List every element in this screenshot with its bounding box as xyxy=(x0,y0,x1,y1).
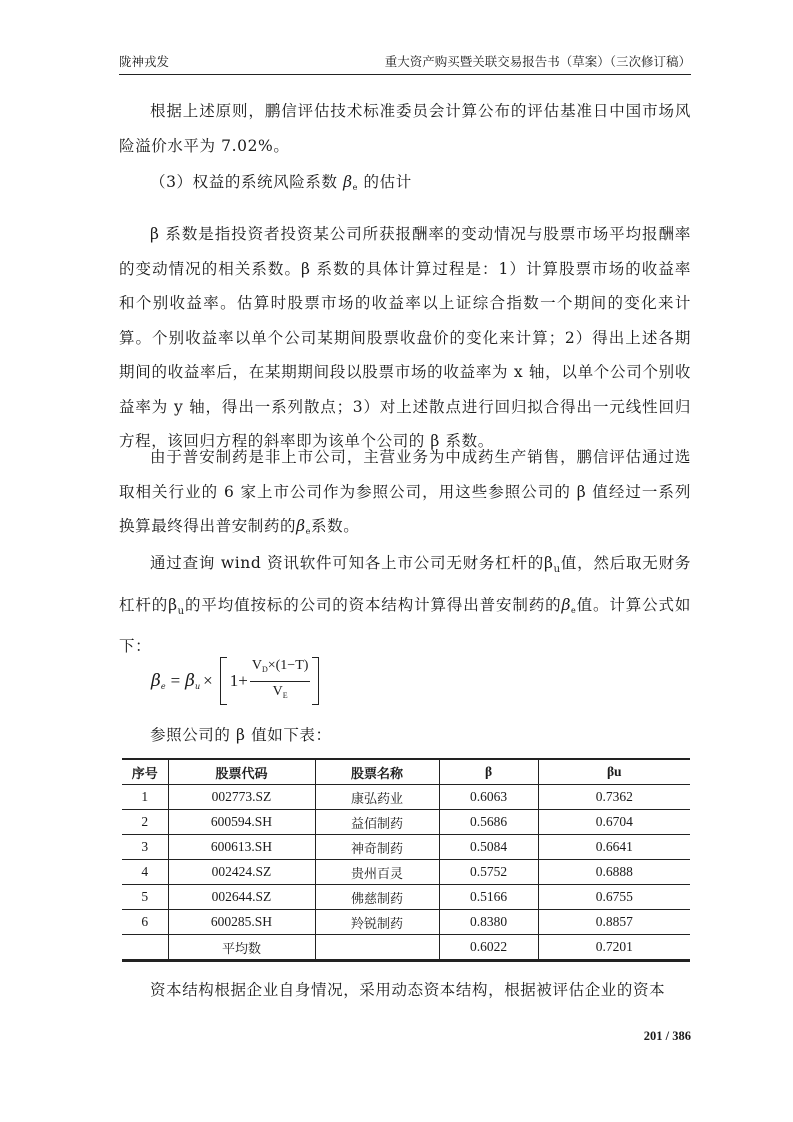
page-number: 201 / 386 xyxy=(644,1029,691,1044)
document-title: 重大资产购买暨关联交易报告书（草案）（三次修订稿） xyxy=(385,52,691,72)
table-row: 1 002773.SZ 康弘药业 0.6063 0.7362 xyxy=(122,785,690,810)
formula-lhs: βe xyxy=(151,671,166,691)
cell-beta-u-average: 0.7201 xyxy=(538,935,690,961)
paragraph-text: 通过查询 wind 资讯软件可知各上市公司无财务杠杆的β xyxy=(150,554,554,572)
paragraph-capital-structure: 资本结构根据企业自身情况，采用动态资本结构，根据被评估企业的资本 xyxy=(119,973,691,1008)
table-header-row: 序号 股票代码 股票名称 β βu xyxy=(122,759,690,785)
cell-index: 1 xyxy=(122,785,168,810)
cell-beta: 0.6063 xyxy=(439,785,538,810)
formula-beta-u: βu xyxy=(185,671,200,691)
beta-symbol: β xyxy=(296,517,306,535)
cell-index: 5 xyxy=(122,885,168,910)
cell-beta-u: 0.6641 xyxy=(538,835,690,860)
table-intro: 参照公司的 β 值如下表： xyxy=(119,718,691,753)
cell-index: 3 xyxy=(122,835,168,860)
cell-index xyxy=(122,935,168,961)
cell-beta: 0.8380 xyxy=(439,910,538,935)
cell-beta-average: 0.6022 xyxy=(439,935,538,961)
beta-e-symbol: βe xyxy=(296,517,311,535)
v-symbol: V xyxy=(252,658,262,673)
paragraph-text: β 系数是指投资者投资某公司所获报酬率的变动情况与股票市场平均报酬率的变动情况的… xyxy=(119,225,691,450)
paragraph-reference-companies: 由于普安制药是非上市公司，主营业务为中成药生产销售，鹏信评估通过选取相关行业的 … xyxy=(119,440,691,550)
paragraph-beta-definition: β 系数是指投资者投资某公司所获报酬率的变动情况与股票市场平均报酬率的变动情况的… xyxy=(119,217,691,459)
reference-company-beta-table: 序号 股票代码 股票名称 β βu 1 002773.SZ 康弘药业 0.606… xyxy=(122,758,690,962)
cell-stock-code: 002424.SZ xyxy=(168,860,315,885)
table-row-average: 平均数 0.6022 0.7201 xyxy=(122,935,690,961)
cell-stock-name: 神奇制药 xyxy=(315,835,439,860)
cell-stock-name xyxy=(315,935,439,961)
beta-symbol: β xyxy=(151,671,161,691)
subscript-e: E xyxy=(283,691,288,700)
v-symbol: V xyxy=(273,684,283,699)
header-beta-u: βu xyxy=(538,759,690,785)
cell-stock-code: 600285.SH xyxy=(168,910,315,935)
header-index: 序号 xyxy=(122,759,168,785)
fraction-numerator: VD×(1−T) xyxy=(250,656,311,682)
cell-stock-name: 羚锐制药 xyxy=(315,910,439,935)
beta-symbol: β xyxy=(561,596,571,614)
beta-u-subscript: u xyxy=(554,564,561,575)
cell-beta-u: 0.6704 xyxy=(538,810,690,835)
formula-fraction: VD×(1−T) VE xyxy=(250,656,311,706)
cell-stock-code: 600594.SH xyxy=(168,810,315,835)
cell-beta: 0.5166 xyxy=(439,885,538,910)
cell-average-label: 平均数 xyxy=(168,935,315,961)
paragraph-text: 资本结构根据企业自身情况，采用动态资本结构，根据被评估企业的资本 xyxy=(150,981,665,999)
table-intro-text: 参照公司的 β 值如下表： xyxy=(150,726,332,744)
cell-stock-code: 600613.SH xyxy=(168,835,315,860)
cell-beta: 0.5686 xyxy=(439,810,538,835)
cell-index: 6 xyxy=(122,910,168,935)
beta-symbol: β xyxy=(343,173,353,191)
header-stock-code: 股票代码 xyxy=(168,759,315,785)
right-bracket xyxy=(312,657,319,705)
numerator-rest: ×(1−T) xyxy=(268,658,309,673)
paragraph-text: 根据上述原则，鹏信评估技术标准委员会计算公布的评估基准日中国市场风险溢价水平为 … xyxy=(119,102,691,155)
company-name: 陇神戎发 xyxy=(119,52,169,72)
paragraph-market-risk-premium: 根据上述原则，鹏信评估技术标准委员会计算公布的评估基准日中国市场风险溢价水平为 … xyxy=(119,94,691,163)
section-title-suffix: 的估计 xyxy=(364,173,412,191)
subscript-e: e xyxy=(161,682,166,691)
paragraph-text: 由于普安制药是非上市公司，主营业务为中成药生产销售，鹏信评估通过选取相关行业的 … xyxy=(119,448,691,535)
paragraph-text: 的平均值按标的公司的资本结构计算得出普安制药的 xyxy=(185,596,562,614)
cell-beta: 0.5752 xyxy=(439,860,538,885)
beta-e-symbol: βe xyxy=(561,596,576,614)
subscript-u: u xyxy=(195,682,200,691)
cell-index: 4 xyxy=(122,860,168,885)
cell-beta: 0.5084 xyxy=(439,835,538,860)
cell-beta-u: 0.6755 xyxy=(538,885,690,910)
cell-stock-code: 002644.SZ xyxy=(168,885,315,910)
paragraph-text-suffix: 系数。 xyxy=(311,517,359,535)
left-bracket xyxy=(220,657,227,705)
section-title-text: （3）权益的系统风险系数 xyxy=(150,173,338,191)
beta-symbol: β xyxy=(185,671,195,691)
cell-stock-name: 康弘药业 xyxy=(315,785,439,810)
beta-subscript: e xyxy=(353,183,358,192)
cell-index: 2 xyxy=(122,810,168,835)
cell-stock-name: 贵州百灵 xyxy=(315,860,439,885)
table-row: 6 600285.SH 羚锐制药 0.8380 0.8857 xyxy=(122,910,690,935)
header-beta: β xyxy=(439,759,538,785)
page-header: 陇神戎发 重大资产购买暨关联交易报告书（草案）（三次修订稿） xyxy=(119,52,691,75)
header-stock-name: 股票名称 xyxy=(315,759,439,785)
cell-stock-name: 益佰制药 xyxy=(315,810,439,835)
table-row: 5 002644.SZ 佛慈制药 0.5166 0.6755 xyxy=(122,885,690,910)
section-title-beta-estimate: （3）权益的系统风险系数 βe 的估计 xyxy=(119,165,691,206)
table-row: 4 002424.SZ 贵州百灵 0.5752 0.6888 xyxy=(122,860,690,885)
times-sign: × xyxy=(203,671,213,691)
cell-stock-name: 佛慈制药 xyxy=(315,885,439,910)
equals-sign: = xyxy=(171,671,181,691)
paragraph-wind-query: 通过查询 wind 资讯软件可知各上市公司无财务杠杆的βu值，然后取无财务杠杆的… xyxy=(119,546,691,664)
fraction-denominator: VE xyxy=(273,682,288,706)
cell-beta-u: 0.6888 xyxy=(538,860,690,885)
cell-stock-code: 002773.SZ xyxy=(168,785,315,810)
cell-beta-u: 0.7362 xyxy=(538,785,690,810)
table-row: 2 600594.SH 益佰制药 0.5686 0.6704 xyxy=(122,810,690,835)
beta-formula: βe = βu × 1+ VD×(1−T) VE xyxy=(151,655,319,707)
table-row: 3 600613.SH 神奇制药 0.5084 0.6641 xyxy=(122,835,690,860)
cell-beta-u: 0.8857 xyxy=(538,910,690,935)
one-plus: 1+ xyxy=(230,671,248,691)
beta-e-symbol: βe xyxy=(343,173,358,191)
beta-u-subscript: u xyxy=(178,606,185,617)
